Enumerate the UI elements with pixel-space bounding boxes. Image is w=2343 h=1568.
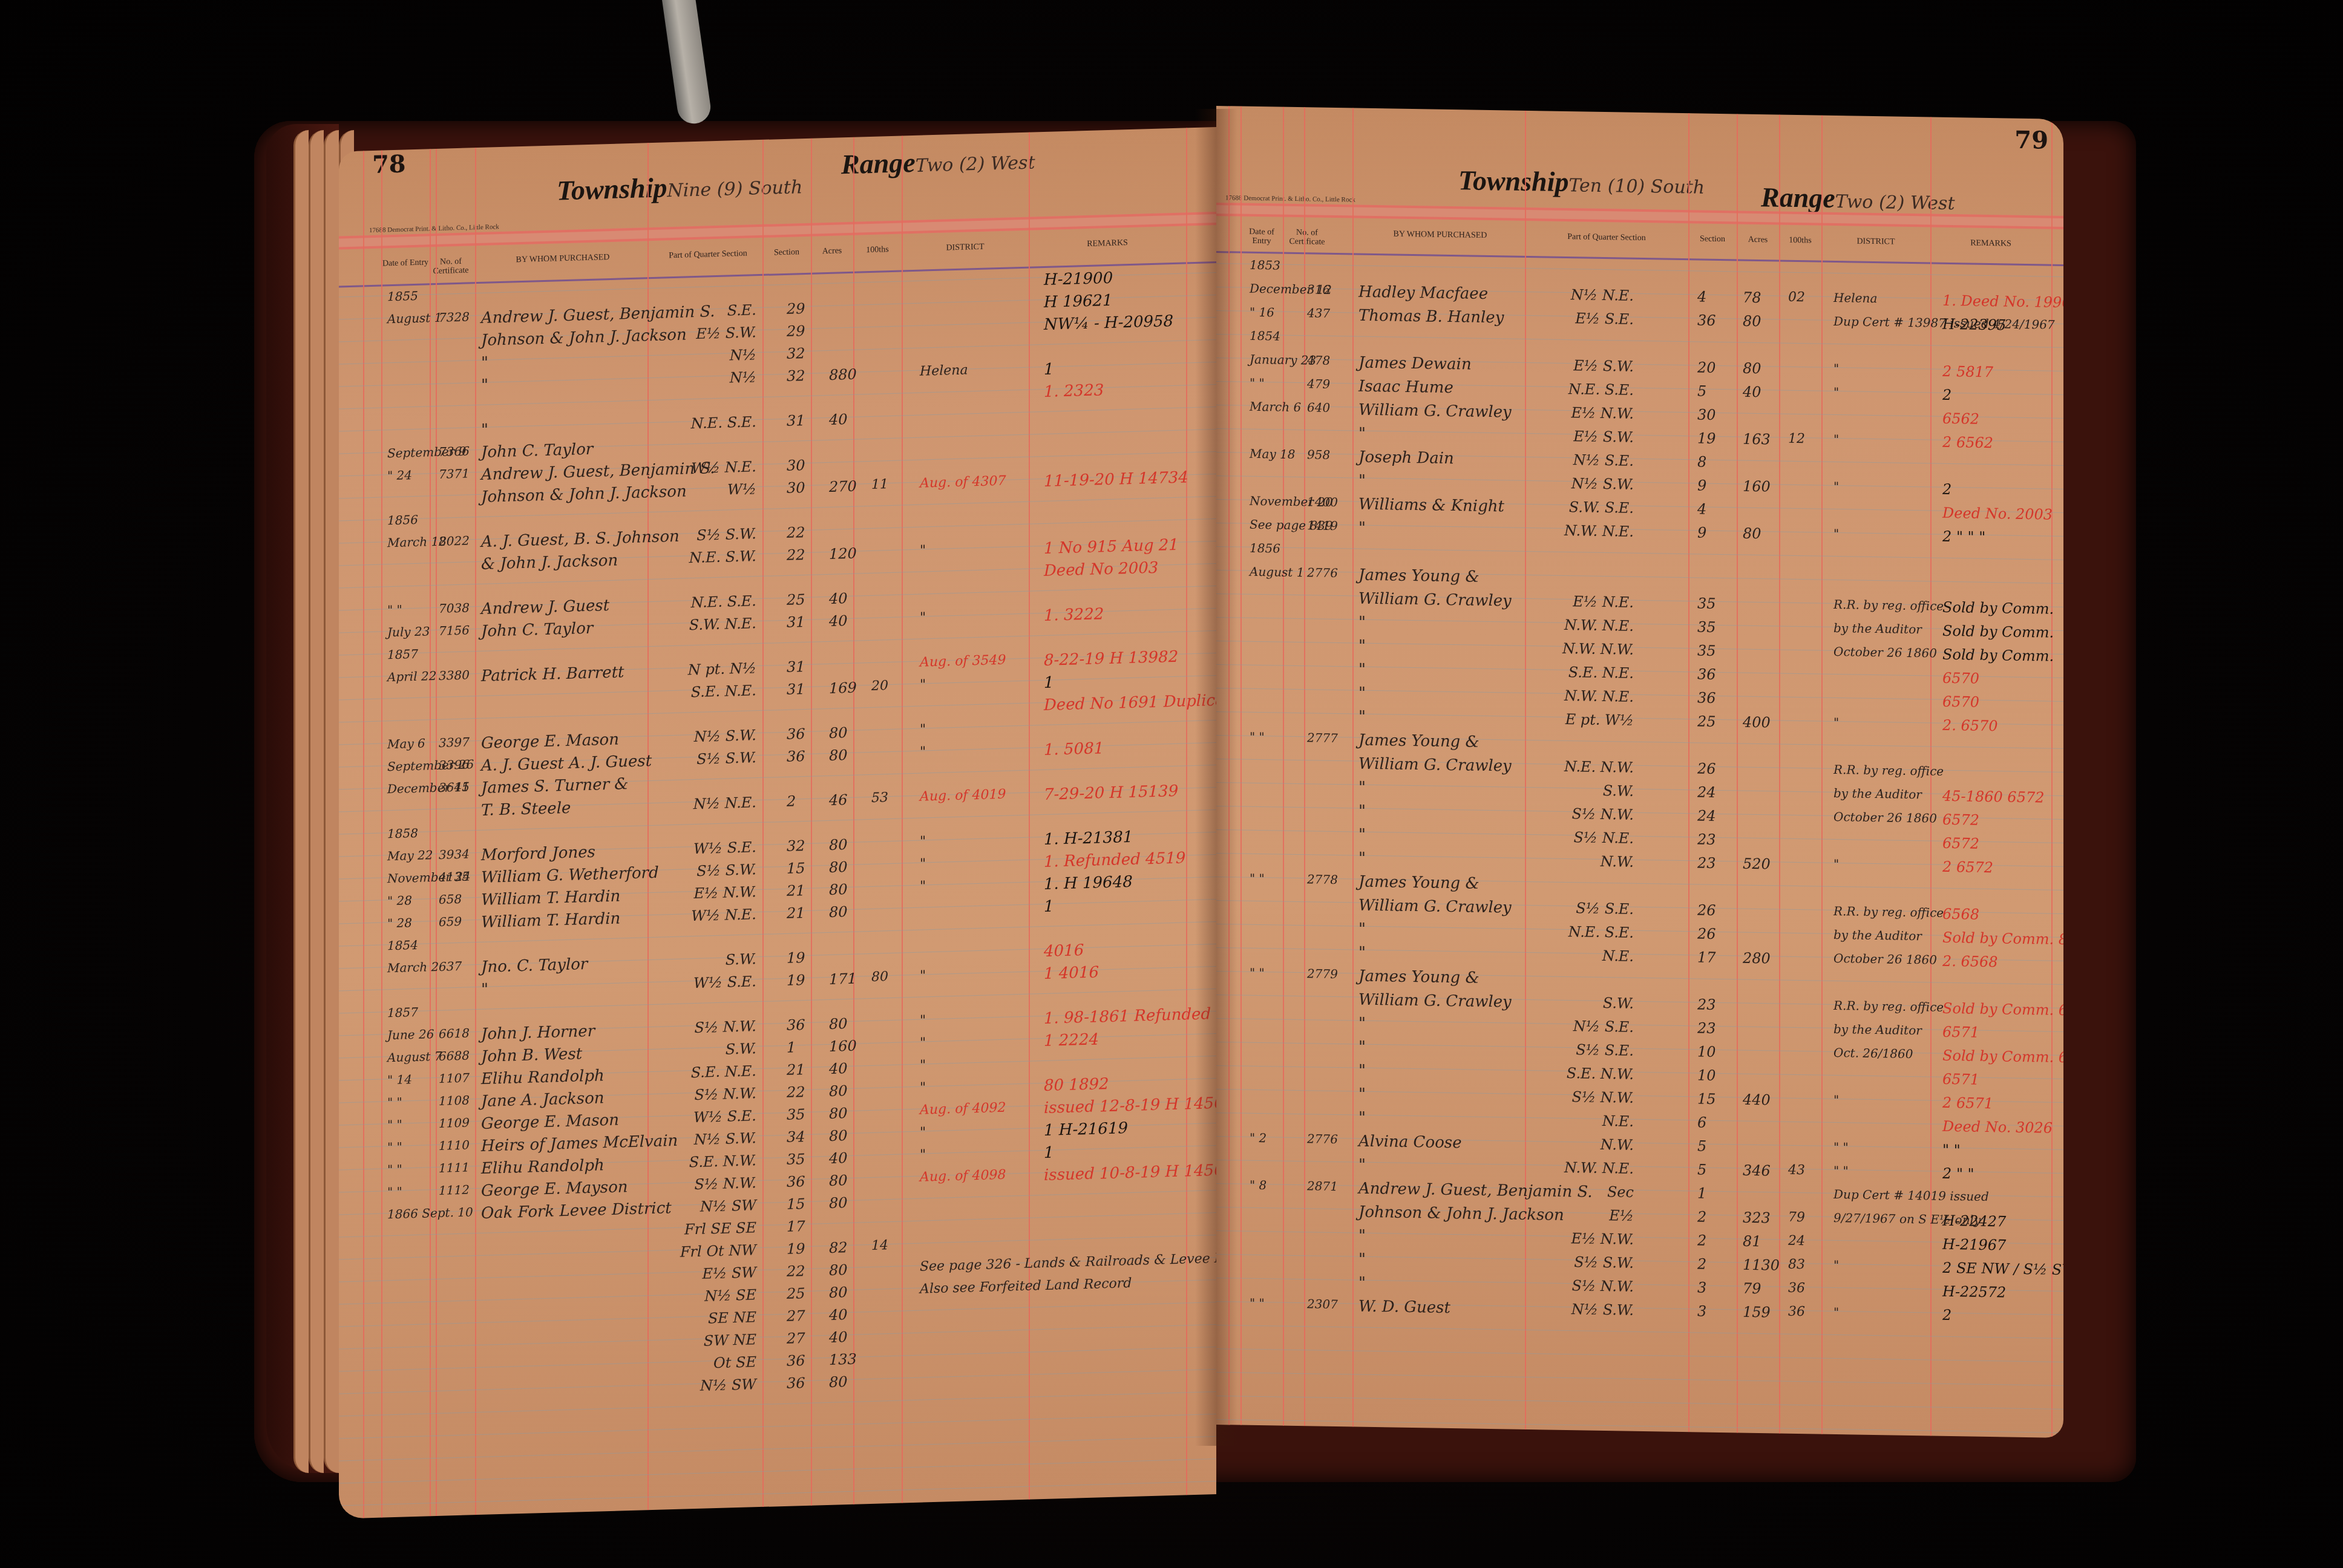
cell-acres: 40 [829,590,848,607]
cell-district: " [1833,1305,1839,1319]
cell-name: James Young & [1358,967,1480,987]
cell-name: William G. Crawley [1358,590,1512,610]
cell-section: 36 [787,725,805,743]
cell-acres: 80 [1743,525,1761,542]
cell-date: 1853 [1250,258,1280,273]
cell-district: Aug. of 4307 [920,474,1006,491]
cell-date: " " [1250,376,1265,390]
cell-part: N½ S.E. [1531,1017,1634,1036]
cell-section: 29 [787,300,805,318]
cell-section: 21 [787,904,805,922]
cell-part: E½ S.W. [1531,356,1634,375]
cell-acres: 80 [829,1127,848,1145]
cell-remarks: Sold by Comm. 6571 [1942,1000,2063,1019]
cell-hundredths: 36 [1788,1281,1805,1296]
cell-part: W½ N.E. [654,906,756,926]
cell-remarks: 6572 [1942,835,1979,852]
column-header: Acres [1740,235,1776,245]
cell-part: N.W. N.W. [1531,639,1634,658]
cell-part: S.E. N.W. [1531,1064,1634,1083]
cell-district: Aug. of 3549 [920,653,1006,670]
cell-date: 1857 [387,647,418,662]
cell-district: R.R. by reg. office [1833,762,1944,779]
cell-part: SE NE [654,1308,756,1328]
cell-hundredths: 79 [1788,1210,1805,1225]
range-value: Two (2) West [916,152,1035,177]
cell-name: " [1358,637,1366,655]
cell-district: " [920,1057,926,1073]
cell-part: S.W. S.E. [1531,498,1634,517]
cell-remarks: 2 " " " [1942,528,1985,546]
cell-name: " [1358,519,1366,537]
cell-part: N pt. N½ [654,659,756,679]
cell-part: S½ N.E. [1531,828,1634,847]
cell-date: 1855 [387,289,418,304]
cell-cert: 1108 [439,1093,470,1108]
cell-part: N½ S.W. [1531,1300,1634,1319]
cell-part: N.W. N.E. [1531,1158,1634,1177]
cell-name: Patrick H. Barrett [481,663,624,685]
cell-district: " [920,610,926,625]
cell-section: 5 [1697,1161,1706,1178]
cell-part: Sec [1531,1182,1634,1201]
cell-section: 5 [1697,1137,1706,1154]
cell-remarks: 1. 98-1861 Refunded [1044,1005,1211,1028]
cell-district: " [920,856,926,871]
cell-remarks: 1. Refunded 4519 [1044,849,1185,871]
cell-date: " " [387,1140,402,1155]
cell-section: 36 [787,1016,805,1034]
cell-cert: 2777 [1307,730,1338,745]
cell-part: N.E. [1531,946,1634,965]
cell-section: 4 [1697,500,1706,517]
cell-name: " [1358,1109,1366,1127]
cell-remarks: 1. 3222 [1044,605,1104,625]
cell-district: " [920,968,926,983]
cell-district: " [920,834,926,849]
cell-cert: 4135 [439,869,470,884]
cell-remarks: 6571 [1942,1024,1979,1041]
cell-cert: 3380 [439,667,470,682]
cell-acres: 323 [1743,1209,1771,1227]
cell-name: & John J. Jackson [481,552,618,573]
cell-district: " [1833,1093,1839,1107]
cell-cert: 659 [439,914,462,929]
cell-section: 27 [787,1307,805,1325]
cell-part: W½ N.E. [654,458,756,478]
cell-district: October 26 1860 [1833,809,1937,826]
cell-part: S.W. [654,1040,756,1060]
cell-acres: 171 [829,970,857,988]
cell-cert: 958 [1307,447,1330,462]
cell-section: 3 [1697,1302,1706,1319]
cell-section: 22 [787,546,805,564]
cell-date: 1854 [1250,328,1280,344]
cell-cert: 2871 [1307,1178,1338,1194]
cell-name: Alvina Coose [1358,1132,1462,1152]
cell-name: " [481,376,488,394]
cell-section: 31 [787,412,805,430]
cell-district: " [920,1125,926,1140]
cell-section: 10 [1697,1067,1716,1083]
cell-remarks: 2 SE NW / S½ SW } H- [1942,1259,2063,1279]
cell-district: " [920,744,926,759]
cell-date: " " [387,1095,402,1110]
cell-date: " 2 [1250,1131,1267,1145]
cell-part: S.E. [654,301,756,321]
column-header: DISTRICT [905,241,1026,254]
cell-remarks: Sold by Comm. 6571 [1942,1047,2063,1067]
cell-name: " [1358,1227,1366,1245]
cell-district: " [1833,432,1839,446]
cell-part: S.E. N.W. [654,1152,756,1172]
cell-part: S.W. N.E. [654,615,756,635]
cell-cert: 1110 [439,1137,470,1152]
cell-part: S½ S.W. [654,861,756,881]
cell-part: S½ N.W. [1531,1276,1634,1295]
cell-part: N½ N.E. [1531,286,1634,304]
cell-part: S½ N.W. [1531,805,1634,823]
cell-part: N.W. N.E. [1531,687,1634,705]
cell-part: S.E. N.E. [654,682,756,702]
cell-part: S.E. N.E. [1531,663,1634,682]
cell-name: " [1358,779,1366,797]
cell-acres: 400 [1743,714,1771,731]
cell-cert: 1112 [439,1182,470,1197]
cell-date: 1858 [387,826,418,841]
cell-cert: 7366 [439,443,470,459]
cell-cert: 6618 [439,1025,470,1040]
column-header: DISTRICT [1824,237,1927,247]
cell-part: N.W. [1531,852,1634,871]
cell-acres: 270 [829,478,857,495]
cell-acres: 40 [829,411,848,428]
cell-date: May 18 [1250,446,1296,462]
cell-acres: 40 [829,1306,848,1324]
cell-hundredths: 11 [871,477,888,492]
cell-remarks: 1. H 19648 [1044,873,1133,893]
cell-district: by the Auditor [1833,786,1922,802]
cell-section: 31 [787,613,805,631]
cell-section: 36 [1697,312,1716,328]
cell-section: 2 [1697,1208,1706,1225]
cell-name: " [1358,920,1366,938]
cell-district: R.R. by reg. office [1833,904,1944,920]
cell-name: George E. Mason [481,1111,619,1133]
cell-district: " [1833,526,1839,541]
cell-section: 26 [1697,760,1716,777]
cell-name: Andrew J. Guest [481,596,609,618]
cell-cert: 640 [1307,400,1330,415]
cell-remarks: 2 [1942,387,1951,403]
cell-acres: 120 [829,545,857,563]
cell-district: " " [1833,1163,1849,1178]
column-header: 100ths [856,245,899,255]
township-label: TownshipTen (10) South [1458,164,1705,200]
cell-name: " [1358,1038,1366,1056]
cell-part: SW NE [654,1331,756,1351]
cell-cert: 1109 [439,1115,470,1130]
cell-cert: 7156 [439,622,470,638]
cell-part: S½ S.E. [1531,1040,1634,1059]
cell-district: " " [1833,1140,1849,1154]
cell-acres: 80 [829,903,848,921]
cell-date: May 6 [387,736,425,752]
cell-section: 2 [1697,1232,1706,1249]
cell-cert: 437 [1307,305,1330,321]
cell-part: N½ [654,346,756,366]
cell-part: N.E. N.W. [1531,757,1634,776]
cell-hundredths: 80 [871,969,888,985]
cell-remarks: 6570 [1942,670,1979,687]
cell-district: October 26 1860 [1833,951,1937,967]
cell-cert: 7038 [439,600,470,615]
cell-part: N½ N.E. [654,794,756,814]
cell-acres: 280 [1743,950,1771,967]
cell-date: " 14 [387,1072,412,1087]
cell-district: by the Auditor [1833,621,1922,636]
column-header: Date of Entry [1240,227,1283,246]
cell-remarks: 1 No 915 Aug 21 [1044,536,1179,558]
cell-name: John C. Taylor [481,619,593,641]
cell-hundredths: 43 [1788,1163,1805,1178]
cell-name: James Young & [1358,731,1480,751]
cell-remarks: H-22395 [1942,316,2006,334]
cell-section: 25 [1697,713,1716,730]
cell-name: " [1358,472,1366,490]
cell-name: " [1358,1250,1366,1269]
cell-name: William G. Crawley [1358,991,1512,1011]
cell-section: 2 [1697,1255,1706,1272]
cell-name: Elihu Randolph [481,1156,605,1178]
cell-name: A. J. Guest A. J. Guest [481,752,652,775]
cell-name: Joseph Dain [1358,448,1454,468]
cell-district: " [1833,1258,1839,1272]
cell-name: James Young & [1358,566,1480,586]
cell-remarks: H-21900 [1044,269,1113,289]
cell-section: 10 [1697,1043,1716,1060]
cell-remarks: 2 [1942,481,1951,498]
cell-part: E½ [1531,1206,1634,1224]
cell-part: S½ N.W. [654,1174,756,1194]
cell-part: E½ S.W. [1531,427,1634,446]
cell-date: " 16 [1250,305,1274,320]
cell-name: " [1358,802,1366,820]
cell-date: August 1 [1250,564,1304,580]
cell-section: 35 [1697,618,1716,635]
column-header: 100ths [1782,236,1818,246]
cell-acres: 40 [829,1060,848,1077]
cell-section: 35 [1697,595,1716,612]
cell-district: " [1833,385,1839,399]
cell-acres: 79 [1743,1280,1761,1297]
cell-section: 2 [787,792,796,809]
cell-remarks: 2 " " [1942,1165,1974,1183]
cell-section: 23 [1697,996,1716,1013]
cell-name: " [481,354,488,372]
cell-remarks: 6572 [1942,811,1979,829]
cell-district: Helena [920,362,968,379]
cell-acres: 1130 [1743,1256,1780,1274]
cell-date: " " [1250,1296,1265,1310]
cell-part: W½ [654,480,756,500]
cell-date: 1857 [387,1005,418,1020]
cell-district: Aug. of 4098 [920,1168,1006,1185]
cell-hundredths: 83 [1788,1257,1805,1272]
cell-district: R.R. by reg. office [1833,597,1944,613]
cell-part: N.E. S.W. [654,547,756,567]
cell-cert: 3934 [439,846,470,861]
cell-acres: 80 [829,881,848,898]
cell-cert: 658 [439,892,462,907]
cell-district: " [1833,361,1839,376]
cell-date: April 22 [387,668,436,684]
cell-section: 29 [787,322,805,340]
cell-acres: 80 [829,858,848,876]
cell-part: E½ N.W. [654,883,756,903]
cell-part: S.W. [1531,781,1634,800]
cell-date: " 28 [387,915,412,930]
cell-part: E½ N.W. [1531,403,1634,422]
column-header: Section [765,247,808,258]
cell-remarks: 2 5817 [1942,363,1993,381]
cell-district: " [920,1147,926,1162]
cell-cert: 1400 [1307,494,1338,509]
cell-name: Jno. C. Taylor [481,955,588,976]
cell-remarks: 1. H-21381 [1044,828,1133,849]
cell-date: " " [387,1184,402,1200]
cell-cert: 316 [1307,282,1330,297]
cell-name: " [481,981,488,999]
township-label: TownshipNine (9) South [557,168,802,206]
column-header: REMARKS [1933,238,2048,249]
cell-date: 1856 [1250,541,1280,556]
cell-section: 15 [1697,1090,1716,1107]
cell-date: " " [1250,871,1265,886]
cell-part: S½ S.E. [1531,899,1634,918]
cell-section: 30 [1697,406,1716,423]
cell-section: 21 [787,882,805,900]
cell-section: 25 [787,591,805,609]
cell-district: " [1833,479,1839,494]
cell-section: 23 [1697,854,1716,871]
cell-part: E½ S.W. [654,324,756,344]
cell-district: " [1833,857,1839,871]
column-header: REMARKS [1032,237,1183,250]
cell-date: " " [1250,965,1265,980]
cell-part: S½ N.W. [654,1085,756,1105]
cell-name: Isaac Hume [1358,377,1453,397]
cell-section: 30 [787,479,805,497]
cell-acres: 80 [1743,313,1761,330]
cell-remarks: H-21967 [1942,1236,2006,1254]
cell-acres: 163 [1743,431,1771,448]
cell-date: " " [387,1117,402,1132]
cell-section: 24 [1697,807,1716,824]
cell-district: " [920,722,926,737]
cell-section: 22 [787,1083,805,1101]
cell-part: S½ S.W. [654,525,756,545]
cell-district: " [1833,715,1839,730]
cell-part: N½ [654,368,756,388]
cell-section: 35 [787,1151,805,1168]
cell-remarks: Sold by Comm. [1942,599,2054,618]
cell-date: " 8 [1250,1178,1267,1192]
cell-district: Aug. of 4092 [920,1100,1006,1118]
cell-acres: 40 [1743,384,1761,400]
cell-district: " [920,543,926,558]
cell-name: " [1358,613,1366,632]
cell-district: " [920,1035,926,1050]
cell-acres: 440 [1743,1091,1771,1109]
cell-date: June 26 [387,1027,434,1042]
cell-remarks: 11-19-20 H 14734 [1044,468,1188,491]
cell-remarks: 1 [1044,360,1054,378]
cell-part: N½ S.W. [654,1129,756,1149]
cell-cert: 478 [1307,353,1330,368]
cell-name: Thomas B. Hanley [1358,307,1504,327]
cell-cert: 2779 [1307,966,1338,981]
cell-acres: 346 [1743,1162,1771,1180]
cell-cert: 6688 [439,1048,470,1063]
cell-section: 22 [787,524,805,541]
cell-district: " [920,878,926,893]
cell-name: George E. Mason [481,731,619,753]
cell-remarks: 2. 6568 [1942,953,1998,970]
cell-district: October 26 1860 [1833,644,1937,661]
cell-hundredths: 36 [1788,1304,1805,1319]
cell-cert: 1419 [1307,518,1338,533]
cell-acres: 80 [829,1015,848,1033]
cell-section: 19 [787,949,805,967]
cell-cert: 2776 [1307,565,1338,580]
cell-part: S½ N.W. [1531,1088,1634,1106]
cell-section: 35 [787,1106,805,1123]
cell-section: 9 [1697,524,1706,541]
cell-remarks: H-22572 [1942,1283,2006,1301]
cell-hundredths: 14 [871,1238,888,1253]
cell-section: 31 [787,681,805,698]
cell-part: Frl Ot NW [654,1241,756,1261]
cell-acres: 78 [1743,289,1761,306]
cell-acres: 80 [829,1194,848,1212]
cell-section: 1 [1697,1184,1706,1201]
cell-date: July 23 [387,624,430,639]
cell-name: Elihu Randolph [481,1067,605,1088]
cell-section: 36 [787,748,805,765]
cell-name: " [1358,1156,1366,1174]
cell-date: 1866 Sept. 10 [387,1204,473,1221]
township-value: Nine (9) South [667,177,802,201]
cell-cert: 3397 [439,734,470,750]
cell-acres: 40 [829,1328,848,1346]
book-gutter [1195,109,1237,1446]
cell-part: S.E. N.E. [654,1062,756,1082]
cell-hundredths: 02 [1788,290,1805,305]
cell-name: Jane A. Jackson [481,1089,605,1111]
range-label: RangeTwo (2) West [1761,181,1955,216]
cell-section: 26 [1697,925,1716,942]
cell-remarks: 4016 [1044,941,1084,961]
cell-section: 36 [787,1374,805,1392]
page-number: 79 [2014,126,2048,155]
cell-acres: 80 [1743,360,1761,377]
cell-name: " [1358,661,1366,679]
cell-name: James S. Turner & [481,775,628,797]
cell-remarks: Sold by Comm. [1942,646,2054,665]
cell-remarks: 1 2224 [1044,1030,1099,1050]
cell-remarks: H 19621 [1044,292,1113,312]
